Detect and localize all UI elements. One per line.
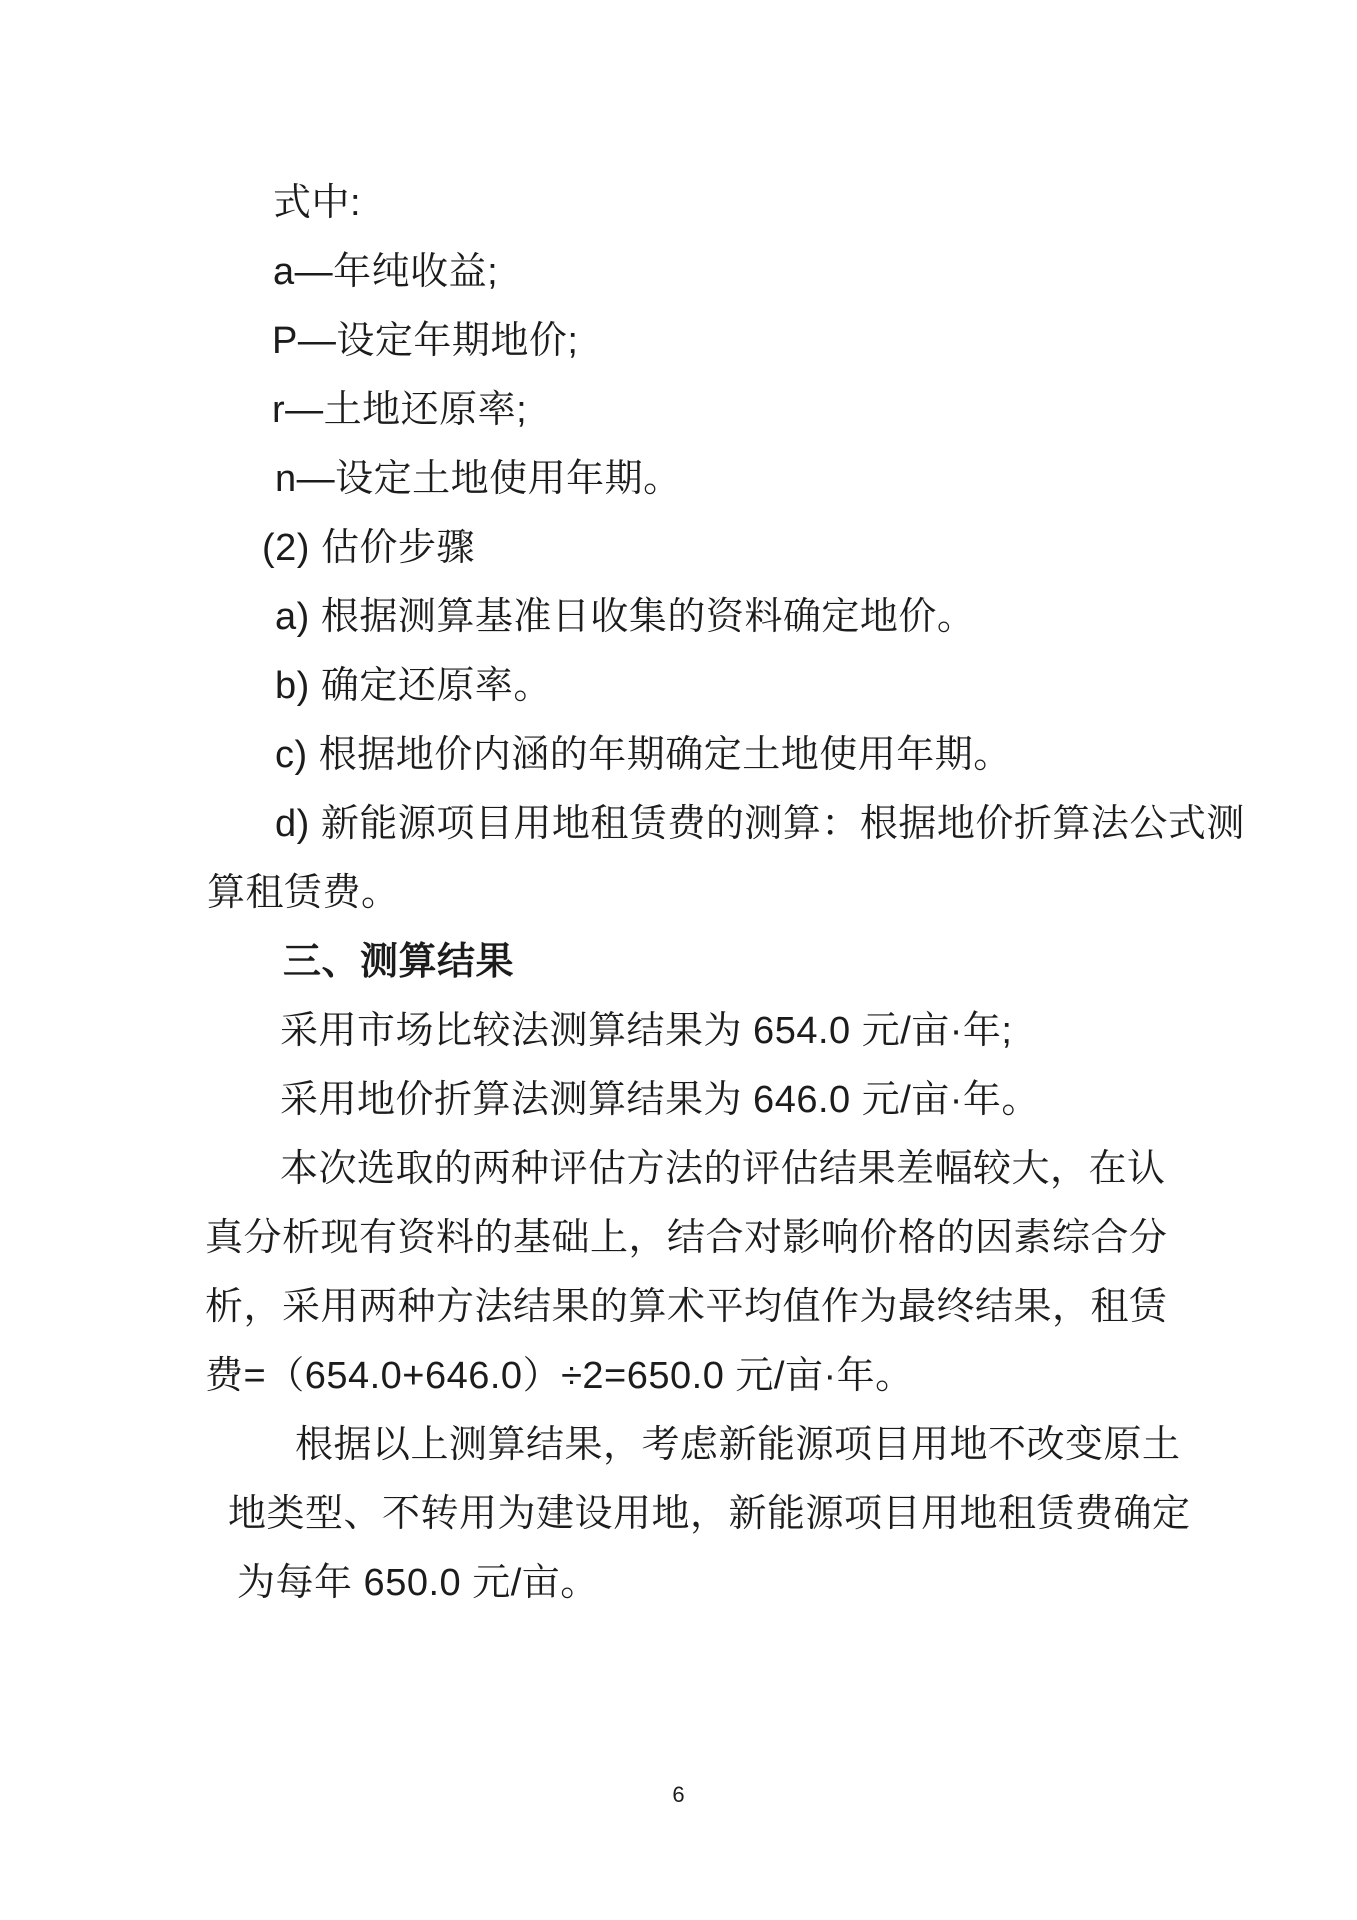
document-page: 式中:a—年纯收益;P—设定年期地价;r—土地还原率;n—设定土地使用年期。(2… <box>0 0 1357 1920</box>
document-line: a—年纯收益; <box>205 238 1225 307</box>
section-heading: 三、测算结果 <box>205 928 1225 997</box>
document-line: r—土地还原率; <box>205 376 1225 445</box>
document-line: 算租赁费。 <box>205 859 1225 928</box>
document-line: 为每年 650.0 元/亩。 <box>205 1549 1225 1618</box>
document-body: 式中:a—年纯收益;P—设定年期地价;r—土地还原率;n—设定土地使用年期。(2… <box>205 169 1225 1618</box>
document-line: c) 根据地价内涵的年期确定土地使用年期。 <box>205 721 1225 790</box>
page-number: 6 <box>0 1782 1357 1808</box>
document-line: 本次选取的两种评估方法的评估结果差幅较大，在认 <box>205 1135 1225 1204</box>
document-line: 地类型、不转用为建设用地，新能源项目用地租赁费确定 <box>205 1480 1225 1549</box>
document-line: (2) 估价步骤 <box>205 514 1225 583</box>
document-line: 式中: <box>205 169 1225 238</box>
document-line: 采用市场比较法测算结果为 654.0 元/亩·年; <box>205 997 1225 1066</box>
document-line: 采用地价折算法测算结果为 646.0 元/亩·年。 <box>205 1066 1225 1135</box>
document-line: n—设定土地使用年期。 <box>205 445 1225 514</box>
document-line: b) 确定还原率。 <box>205 652 1225 721</box>
document-line: 费=（654.0+646.0）÷2=650.0 元/亩·年。 <box>205 1342 1225 1411</box>
document-line: 根据以上测算结果，考虑新能源项目用地不改变原土 <box>205 1411 1225 1480</box>
document-line: d) 新能源项目用地租赁费的测算：根据地价折算法公式测 <box>205 790 1225 859</box>
document-line: P—设定年期地价; <box>205 307 1225 376</box>
document-line: 析，采用两种方法结果的算术平均值作为最终结果，租赁 <box>205 1273 1225 1342</box>
document-line: 真分析现有资料的基础上，结合对影响价格的因素综合分 <box>205 1204 1225 1273</box>
document-line: a) 根据测算基准日收集的资料确定地价。 <box>205 583 1225 652</box>
